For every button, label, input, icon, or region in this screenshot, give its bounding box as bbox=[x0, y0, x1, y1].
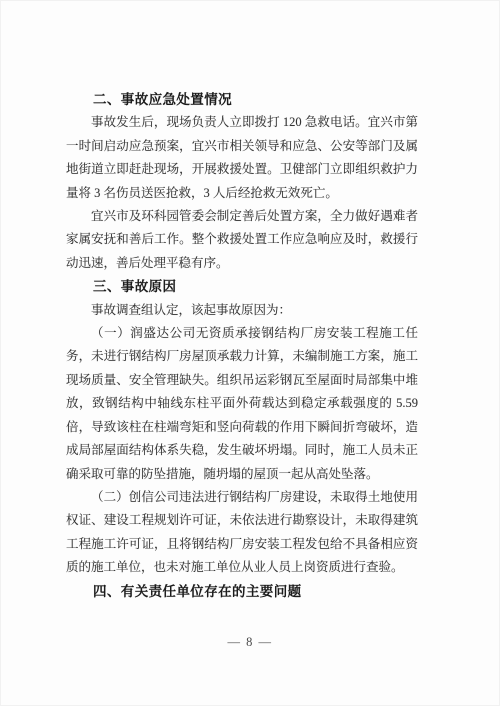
section-heading-responsible-units: 四、有关责任单位存在的主要问题 bbox=[66, 580, 418, 603]
paragraph-emergency-response-1: 事故发生后，现场负责人立即拨打 120 急救电话。宜兴市第一时间启动应急预案，宜… bbox=[66, 111, 418, 205]
page-number: — 8 — bbox=[0, 634, 500, 650]
document-page: 二、事故应急处置情况 事故发生后，现场负责人立即拨打 120 急救电话。宜兴市第… bbox=[0, 0, 500, 706]
paragraph-cause-item-2: （二）创信公司违法进行钢结构厂房建设，未取得土地使用权证、建设工程规划许可证，未… bbox=[66, 486, 418, 580]
paragraph-cause-item-1: （一）润盛达公司无资质承接钢结构厂房安装工程施工任务，未进行钢结构厂房屋顶承载力… bbox=[66, 322, 418, 486]
section-heading-accident-cause: 三、事故原因 bbox=[66, 275, 418, 298]
paragraph-emergency-response-2: 宜兴市及环科园管委会制定善后处置方案，全力做好遇难者家属安抚和善后工作。整个救援… bbox=[66, 205, 418, 275]
section-heading-emergency-response: 二、事故应急处置情况 bbox=[66, 88, 418, 111]
document-body: 二、事故应急处置情况 事故发生后，现场负责人立即拨打 120 急救电话。宜兴市第… bbox=[66, 88, 418, 603]
paragraph-cause-intro: 事故调查组认定，该起事故原因为： bbox=[66, 299, 418, 322]
